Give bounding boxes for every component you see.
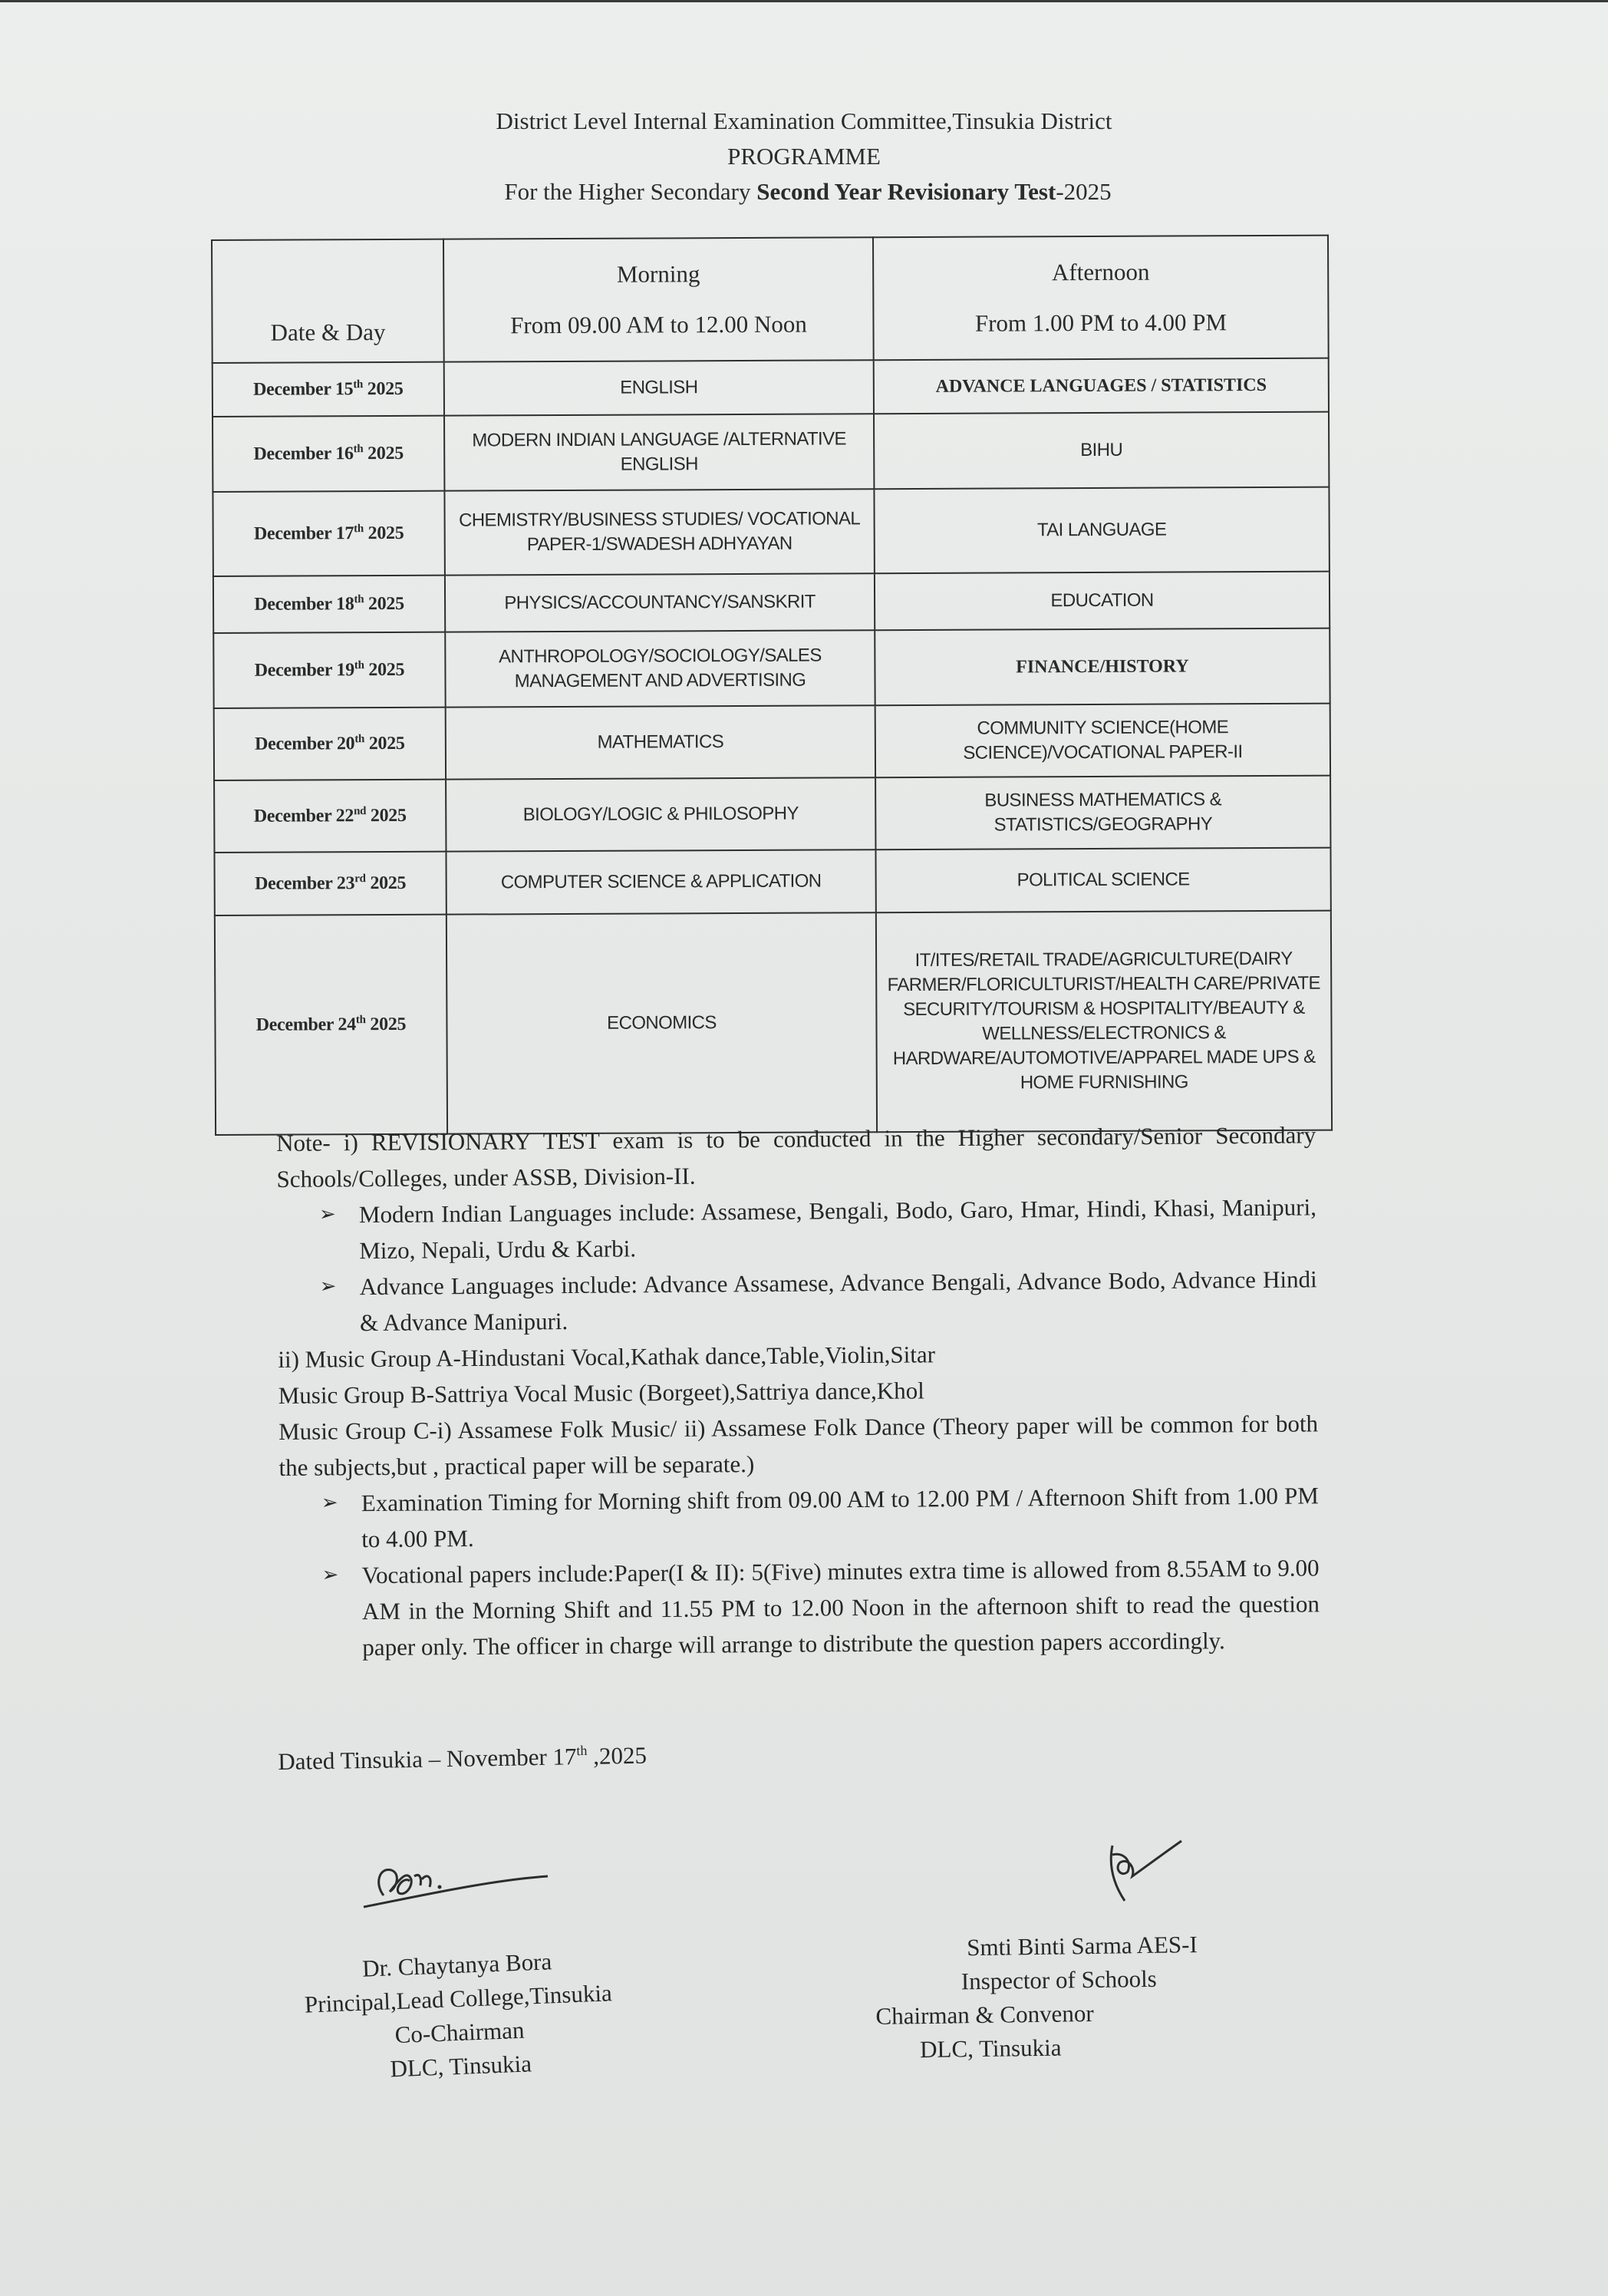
date-day: 24 [338,1014,356,1034]
date-suffix: th [354,523,364,535]
bullet-text: Advance Languages include: Advance Assam… [360,1265,1317,1336]
bullet-text: Modern Indian Languages include: Assames… [359,1193,1316,1264]
morning-time: From 09.00 AM to 12.00 Noon [450,310,866,339]
arrow-bullet-icon: ➢ [319,1196,336,1232]
date-month: December [255,660,332,680]
arrow-bullet-icon: ➢ [319,1268,336,1305]
date-suffix: th [354,733,364,745]
date-suffix: rd [354,873,365,885]
date-month: December [253,444,331,463]
cell-date: December 19th 2025 [213,632,445,708]
document-page: District Level Internal Examination Comm… [0,0,1608,2296]
table-row: December 23rd 2025COMPUTER SCIENCE & APP… [214,848,1330,915]
afternoon-time: From 1.00 PM to 4.00 PM [880,308,1321,338]
document-subtitle: For the Higher Secondary Second Year Rev… [8,174,1608,209]
date-month: December [254,594,331,614]
date-month: December [255,873,332,893]
date-day: 20 [337,734,355,754]
subtitle-suffix: -2025 [1056,178,1111,205]
date-suffix: th [354,443,364,455]
date-year: 2025 [368,660,404,680]
cell-morning-subject: PHYSICS/ACCOUNTANCY/SANSKRIT [445,573,875,632]
note-music-c: Music Group C-i) Assamese Folk Music/ ii… [278,1405,1319,1486]
programme-heading: PROGRAMME [0,139,1608,174]
table-row: December 20th 2025MATHEMATICSCOMMUNITY S… [214,704,1330,780]
arrow-bullet-icon: ➢ [321,1485,338,1521]
notes-section: Note- i) REVISIONARY TEST exam is to be … [276,1117,1320,1666]
arrow-bullet-icon: ➢ [321,1557,338,1593]
dated-suffix: th [576,1743,587,1758]
table-row: December 24th 2025ECONOMICSIT/ITES/RETAI… [215,911,1332,1135]
date-day: 19 [336,660,354,680]
note-bullet-vocational: ➢Vocational papers include:Paper(I & II)… [279,1549,1320,1666]
date-day: 16 [335,444,354,463]
cell-morning-subject: CHEMISTRY/BUSINESS STUDIES/ VOCATIONAL P… [444,489,874,575]
cell-date: December 20th 2025 [214,708,446,780]
signatory-left: Dr. Chaytanya Bora Principal,Lead Colleg… [276,1941,641,2090]
signature-left-icon [361,1853,560,1915]
date-year: 2025 [367,444,404,463]
document-header: District Level Internal Examination Comm… [0,104,1608,209]
cell-morning-subject: MODERN INDIAN LANGUAGE /ALTERNATIVE ENGL… [444,414,874,490]
cell-afternoon-subject: EDUCATION [875,572,1330,631]
cell-morning-subject: BIOLOGY/LOGIC & PHILOSOPHY [446,777,875,851]
date-year: 2025 [368,523,404,543]
dated-line: Dated Tinsukia – November 17th ,2025 [278,1740,647,1777]
column-header-morning: Morning From 09.00 AM to 12.00 Noon [443,237,874,361]
date-year: 2025 [370,873,406,893]
date-month: December [254,806,331,826]
date-suffix: th [354,659,364,671]
cell-afternoon-subject: COMMUNITY SCIENCE(HOME SCIENCE)/VOCATION… [875,704,1330,778]
cell-date: December 22nd 2025 [214,780,446,853]
table-row: December 19th 2025ANTHROPOLOGY/SOCIOLOGY… [213,628,1330,708]
cell-afternoon-subject: ADVANCE LANGUAGES / STATISTICS [874,358,1329,414]
date-day: 22 [336,806,354,826]
subtitle-bold: Second Year Revisionary Test [756,178,1056,205]
date-month: December [255,734,332,754]
cell-morning-subject: ECONOMICS [446,912,877,1133]
committee-name: District Level Internal Examination Comm… [0,104,1608,139]
afternoon-label: Afternoon [880,258,1321,288]
signatory-right-role: Chairman & Convenor [872,1995,1198,2034]
table-row: December 22nd 2025BIOLOGY/LOGIC & PHILOS… [214,776,1330,853]
note-i: Note- i) REVISIONARY TEST exam is to be … [276,1117,1316,1197]
table-row: December 17th 2025CHEMISTRY/BUSINESS STU… [213,487,1329,576]
date-month: December [254,523,331,543]
note-bullet-timing: ➢Examination Timing for Morning shift fr… [279,1477,1320,1558]
cell-afternoon-subject: BIHU [874,412,1329,490]
cell-morning-subject: ENGLISH [444,360,874,415]
table-header-row: Date & Day Morning From 09.00 AM to 12.0… [212,236,1329,363]
cell-date: December 16th 2025 [213,416,444,492]
exam-schedule-table: Date & Day Morning From 09.00 AM to 12.0… [211,235,1333,1136]
cell-date: December 23rd 2025 [214,852,446,915]
subtitle-prefix: For the Higher Secondary [504,178,756,205]
date-month: December [256,1014,334,1034]
cell-afternoon-subject: POLITICAL SCIENCE [875,848,1330,913]
date-suffix: th [353,378,363,391]
note-bullet-mil: ➢Modern Indian Languages include: Assame… [277,1189,1317,1269]
table-row: December 15th 2025ENGLISHADVANCE LANGUAG… [213,358,1329,417]
bullet-text: Examination Timing for Morning shift fro… [361,1482,1319,1552]
cell-afternoon-subject: TAI LANGUAGE [874,487,1329,574]
date-year: 2025 [367,379,404,399]
table-row: December 18th 2025PHYSICS/ACCOUNTANCY/SA… [213,572,1330,633]
date-year: 2025 [371,806,407,826]
table-row: December 16th 2025MODERN INDIAN LANGUAGE… [213,412,1329,492]
cell-morning-subject: ANTHROPOLOGY/SOCIOLOGY/SALES MANAGEMENT … [445,630,875,707]
cell-morning-subject: COMPUTER SCIENCE & APPLICATION [446,849,875,914]
date-day: 15 [335,379,354,399]
cell-date: December 18th 2025 [213,576,445,633]
signatory-right: Smti Binti Sarma AES-I Inspector of Scho… [871,1928,1199,2067]
page-top-edge [0,0,1608,2]
morning-label: Morning [450,259,866,289]
date-suffix: th [354,593,364,605]
cell-afternoon-subject: BUSINESS MATHEMATICS & STATISTICS/GEOGRA… [875,776,1330,850]
date-suffix: nd [354,805,366,817]
dated-year: ,2025 [587,1742,647,1770]
signatory-right-org: DLC, Tinsukia [872,2029,1199,2067]
cell-date: December 17th 2025 [213,491,444,576]
schedule-body: December 15th 2025ENGLISHADVANCE LANGUAG… [213,358,1332,1135]
date-day: 23 [337,873,355,893]
date-year: 2025 [369,734,405,754]
column-header-afternoon: Afternoon From 1.00 PM to 4.00 PM [873,236,1329,361]
note-bullet-advance: ➢Advance Languages include: Advance Assa… [277,1261,1317,1341]
dated-prefix: Dated Tinsukia – November 17 [278,1743,577,1775]
date-suffix: th [356,1014,366,1026]
signatory-right-title: Inspector of Schools [872,1961,1198,2000]
date-day: 18 [336,594,354,614]
cell-afternoon-subject: FINANCE/HISTORY [875,628,1330,706]
signatory-right-name: Smti Binti Sarma AES-I [871,1928,1198,1966]
cell-date: December 24th 2025 [215,915,447,1135]
date-day: 17 [336,523,354,543]
signature-right-icon [1097,1838,1197,1915]
bullet-text: Vocational papers include:Paper(I & II):… [361,1554,1320,1661]
cell-afternoon-subject: IT/ITES/RETAIL TRADE/AGRICULTURE(DAIRY F… [876,911,1332,1133]
cell-morning-subject: MATHEMATICS [446,705,875,779]
cell-date: December 15th 2025 [213,362,444,417]
column-header-date: Date & Day [212,239,444,363]
date-year: 2025 [368,594,404,614]
date-year: 2025 [370,1014,406,1034]
date-month: December [253,379,331,399]
